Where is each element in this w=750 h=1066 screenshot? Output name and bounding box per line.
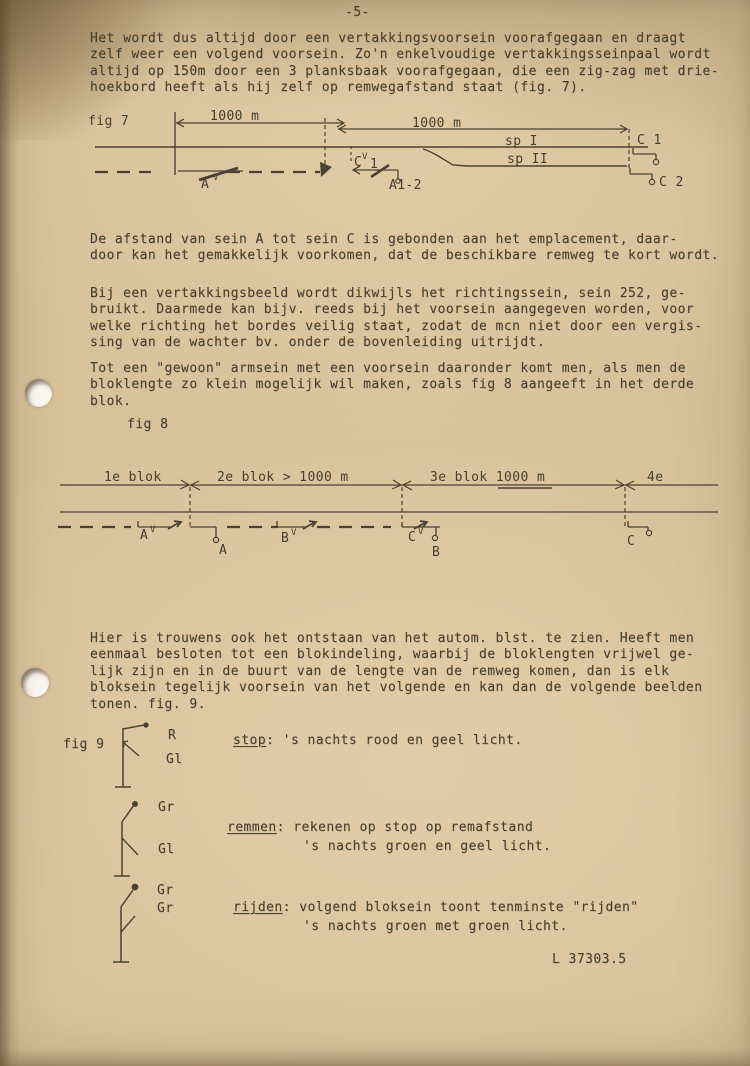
punch-hole-bottom [21, 668, 49, 697]
fig9-row1-lamp1: R [168, 728, 176, 744]
fig9-row3-term: rijden [233, 900, 283, 915]
fig7-dim-arrow-1 [176, 119, 344, 127]
fig7-label: fig 7 [88, 114, 129, 129]
fig9-row2-desc: : rekenen op stop op remafstand [277, 820, 534, 835]
signal-voorsein-arm [123, 741, 139, 756]
fig9-row2-text: remmen: rekenen op stop op remafstand [227, 820, 533, 836]
signal-mast [115, 728, 131, 787]
fig8-signal-a-bracket [190, 527, 216, 537]
signal-arm-tip [132, 884, 139, 891]
paragraph-4: Tot een "gewoon" armsein met een voorsei… [90, 361, 694, 410]
fig8-signal-av-arrow [168, 521, 181, 529]
fig8-signal-b-label: B [432, 545, 440, 560]
fig9-row2-lamp1: Gr [158, 800, 175, 816]
fig7-diagram: fig 7 1000 m 1000 m sp I sp II C 1 C 2 A [55, 108, 745, 213]
signal-main-arm [123, 725, 144, 729]
fig7-signal-c1-bracket [633, 148, 656, 159]
fig9-row2-term: remmen [227, 820, 277, 835]
fig8-signal-bv-bracket [277, 521, 306, 527]
fig8-signal-b-lamp [432, 535, 437, 540]
fig9-row1-term: stop [233, 733, 266, 748]
scanned-document-page: -5- Het wordt dus altijd door een vertak… [0, 0, 750, 1066]
fig9-row1-lamp2: Gl [166, 752, 183, 768]
fig9-row3-desc: : volgend bloksein toont tenminste "rijd… [283, 900, 639, 915]
fig8-signal-av-sup: V [150, 525, 156, 535]
fig8-block3-label: 3e blok 1000 m [430, 470, 545, 485]
fig8-signal-bv-sup: V [291, 528, 297, 538]
fig9-signal-rijden [95, 876, 165, 968]
fig9-row1-text: stop: 's nachts rood en geel licht. [233, 733, 523, 749]
fig8-block1-label: 1e blok [104, 470, 162, 485]
signal-voorsein-arm [122, 838, 138, 855]
fig9-row1-desc: : 's nachts rood en geel licht. [266, 733, 523, 748]
fig7-signal-cv-index: 1 [370, 157, 378, 172]
signal-arm-tip [143, 722, 148, 727]
fig7-baak-triangle [320, 162, 332, 177]
fig9-row3-lamp1: Gr [157, 883, 174, 899]
fig7-signal-c2-bracket [630, 168, 652, 179]
fig8-block2-label: 2e blok > 1000 m [217, 470, 349, 485]
fig7-dim1-label: 1000 m [210, 109, 259, 124]
signal-main-arm [122, 805, 134, 822]
fig7-signal-cv-label: C [354, 155, 362, 170]
fig9-row3-text: rijden: volgend bloksein toont tenminste… [233, 900, 639, 916]
fig8-signal-c-lamp [646, 530, 651, 535]
fig8-block4-label: 4e [647, 470, 663, 485]
paragraph-3: Bij een vertakkingsbeeld wordt dikwijls … [90, 286, 702, 352]
fig7-signal-av-sup: V [213, 173, 219, 183]
fig7-dim-arrow-2 [338, 125, 627, 133]
fig7-signal-c2-label: C 2 [659, 175, 684, 190]
fig8-signal-a-lamp [213, 537, 218, 542]
paragraph-1: Het wordt dus altijd door een vertakking… [90, 31, 719, 97]
fig9-row2-text-line2: 's nachts groen en geel licht. [303, 839, 551, 855]
fig7-signal-c2-lamp [649, 179, 654, 184]
fig8-signal-a-label: A [219, 543, 227, 558]
fig8-signal-bv-label: B [281, 531, 289, 546]
fig9-signal-remmen [95, 796, 165, 884]
fig7-track-sp2-label: sp II [507, 152, 548, 167]
fig8-signal-bv-arrow [303, 521, 316, 529]
signal-main-arm [121, 890, 133, 907]
punch-hole-top [25, 379, 52, 407]
fig8-diagram: 1e blok 2e blok > 1000 m 3e blok 1000 m … [40, 460, 730, 575]
paragraph-2: De afstand van sein A tot sein C is gebo… [90, 232, 719, 265]
fig7-signal-c1-label: C 1 [637, 133, 662, 148]
fig7-dim2-label: 1000 m [412, 116, 461, 131]
signal-voorsein-arm [121, 916, 135, 932]
fig7-track-sp1-label: sp I [505, 134, 538, 149]
paper-bottom-edge [0, 1048, 750, 1066]
fig8-signal-av-label: A [140, 528, 148, 543]
fig9-signal-stop [95, 720, 165, 795]
fig7-signal-av-label: A [201, 177, 209, 192]
page-number: -5- [345, 5, 370, 21]
fig8-signal-cv-label: C [408, 530, 416, 545]
fig7-signal-c1-lamp [653, 159, 658, 164]
paper-left-edge [0, 0, 20, 1066]
signal-mast [114, 822, 130, 876]
paragraph-5: Hier is trouwens ook het ontstaan van he… [90, 631, 702, 713]
signal-mast [113, 907, 129, 962]
fig8-label: fig 8 [127, 417, 168, 433]
fig7-signal-a12-label: A1-2 [389, 178, 422, 193]
fig8-signal-c-bracket [628, 521, 648, 530]
fig9-row3-lamp2: Gr [157, 901, 174, 917]
document-reference: L 37303.5 [552, 952, 627, 968]
fig8-signal-c-label: C [627, 534, 635, 549]
fig9-row2-lamp2: Gl [158, 842, 175, 858]
fig8-signal-cv-sup: V [418, 527, 424, 537]
fig7-signal-cv-sup: V [362, 152, 368, 162]
fig9-row3-text-line2: 's nachts groen met groen licht. [303, 919, 568, 935]
